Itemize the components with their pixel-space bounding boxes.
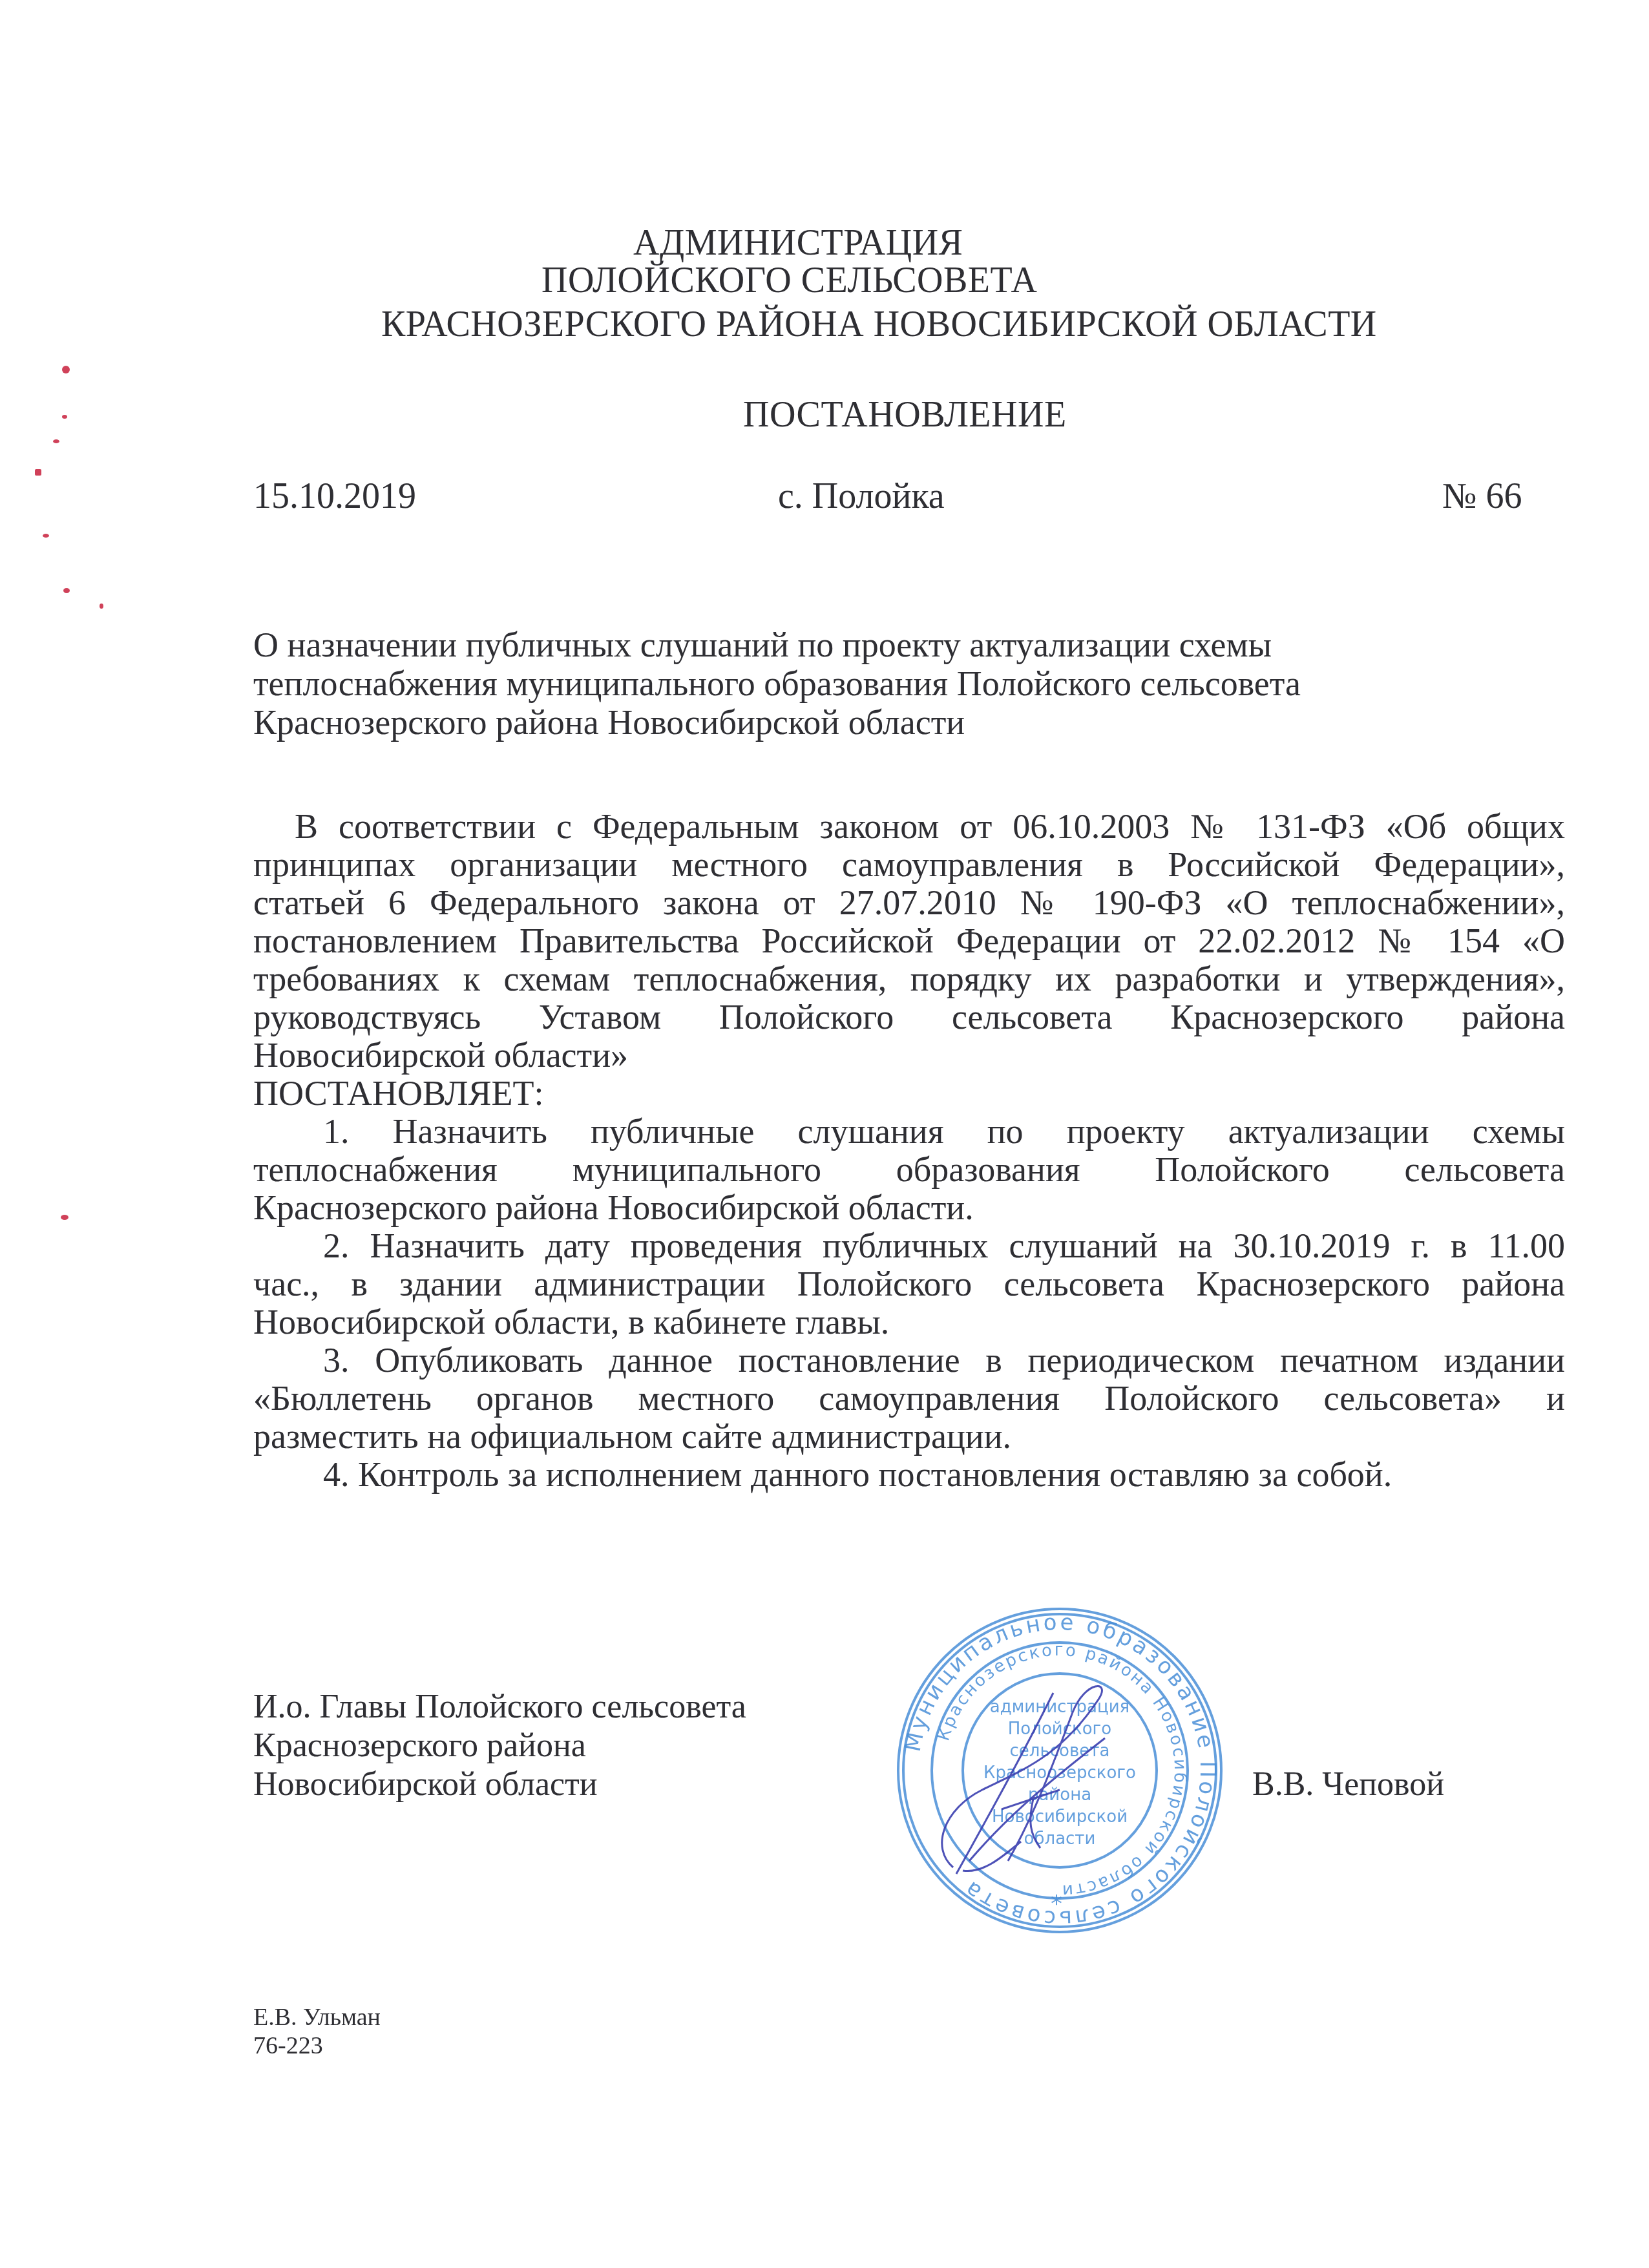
signatory-title-line: Новосибирской области xyxy=(253,1765,746,1804)
preamble-line: принципах организации местного самоуправ… xyxy=(253,846,1565,884)
preamble-line: постановлением Правительства Российской … xyxy=(253,922,1565,960)
item-1-line: Краснозерского района Новосибирской обла… xyxy=(253,1189,1565,1227)
subject-line: Краснозерского района Новосибирской обла… xyxy=(253,703,1481,742)
header-line-district: КРАСНОЗЕРСКОГО РАЙОНА НОВОСИБИРСКОЙ ОБЛА… xyxy=(381,304,1377,345)
subject-line: теплоснабжения муниципального образовани… xyxy=(253,664,1481,703)
svg-text:администрация: администрация xyxy=(990,1697,1129,1717)
item-3-line: «Бюллетень органов местного самоуправлен… xyxy=(253,1380,1565,1418)
signatory-title: И.о. Главы Полойского сельсовета Красноз… xyxy=(253,1688,746,1804)
subject-line: О назначении публичных слушаний по проек… xyxy=(253,625,1481,664)
scan-speck xyxy=(53,439,59,443)
document-body: В соответствии с Федеральным законом от … xyxy=(253,808,1565,1494)
signatory-name: В.В. Чеповой xyxy=(1252,1765,1444,1804)
svg-text:*: * xyxy=(1051,1891,1062,1917)
scan-speck xyxy=(62,415,67,419)
document-place: с. Полойка xyxy=(778,476,945,517)
document-date: 15.10.2019 xyxy=(253,476,416,517)
executor-name: Е.В. Ульман xyxy=(253,2003,381,2032)
executor-info: Е.В. Ульман 76-223 xyxy=(253,2003,381,2060)
header-line-selsovet: ПОЛОЙСКОГО СЕЛЬСОВЕТА xyxy=(541,260,1037,301)
scan-speck xyxy=(63,588,70,593)
scan-speck xyxy=(62,366,70,373)
item-2-line: час., в здании администрации Полойского … xyxy=(253,1265,1565,1303)
signatory-title-line: Краснозерского района xyxy=(253,1727,746,1765)
preamble-line: Новосибирской области» xyxy=(253,1036,1565,1075)
header-line-administration: АДМИНИСТРАЦИЯ xyxy=(633,222,963,264)
stamp-seal-icon: Муниципальное образование Полойского сел… xyxy=(892,1602,1228,1938)
scan-speck xyxy=(61,1215,68,1220)
item-2-line: Новосибирской области, в кабинете главы. xyxy=(253,1303,1565,1341)
preamble-line: В соответствии с Федеральным законом от … xyxy=(253,808,1565,846)
official-stamp: Муниципальное образование Полойского сел… xyxy=(892,1602,1228,1938)
preamble-line: требованиях к схемам теплоснабжения, пор… xyxy=(253,960,1565,998)
item-2-line: 2. Назначить дату проведения публичных с… xyxy=(253,1227,1565,1265)
item-4-line: 4. Контроль за исполнением данного поста… xyxy=(253,1456,1565,1494)
scan-speck xyxy=(100,604,103,609)
scan-speck xyxy=(43,534,49,538)
preamble-line: руководствуясь Уставом Полойского сельсо… xyxy=(253,998,1565,1036)
svg-text:Полойского: Полойского xyxy=(1008,1719,1111,1739)
document-subject: О назначении публичных слушаний по проек… xyxy=(253,625,1481,742)
signatory-title-line: И.о. Главы Полойского сельсовета xyxy=(253,1688,746,1727)
scan-speck xyxy=(35,469,41,476)
item-1-line: 1. Назначить публичные слушания по проек… xyxy=(253,1113,1565,1151)
item-3-line: разместить на официальном сайте админист… xyxy=(253,1418,1565,1456)
item-3-line: 3. Опубликовать данное постановление в п… xyxy=(253,1341,1565,1380)
executor-phone: 76-223 xyxy=(253,2032,381,2060)
preamble-line: статьей 6 Федерального закона от 27.07.2… xyxy=(253,884,1565,922)
document-type-title: ПОСТАНОВЛЕНИЕ xyxy=(743,394,1067,436)
document-number: № 66 xyxy=(1442,476,1522,517)
item-1-line: теплоснабжения муниципального образовани… xyxy=(253,1151,1565,1189)
decree-word: ПОСТАНОВЛЯЕТ: xyxy=(253,1075,1565,1113)
